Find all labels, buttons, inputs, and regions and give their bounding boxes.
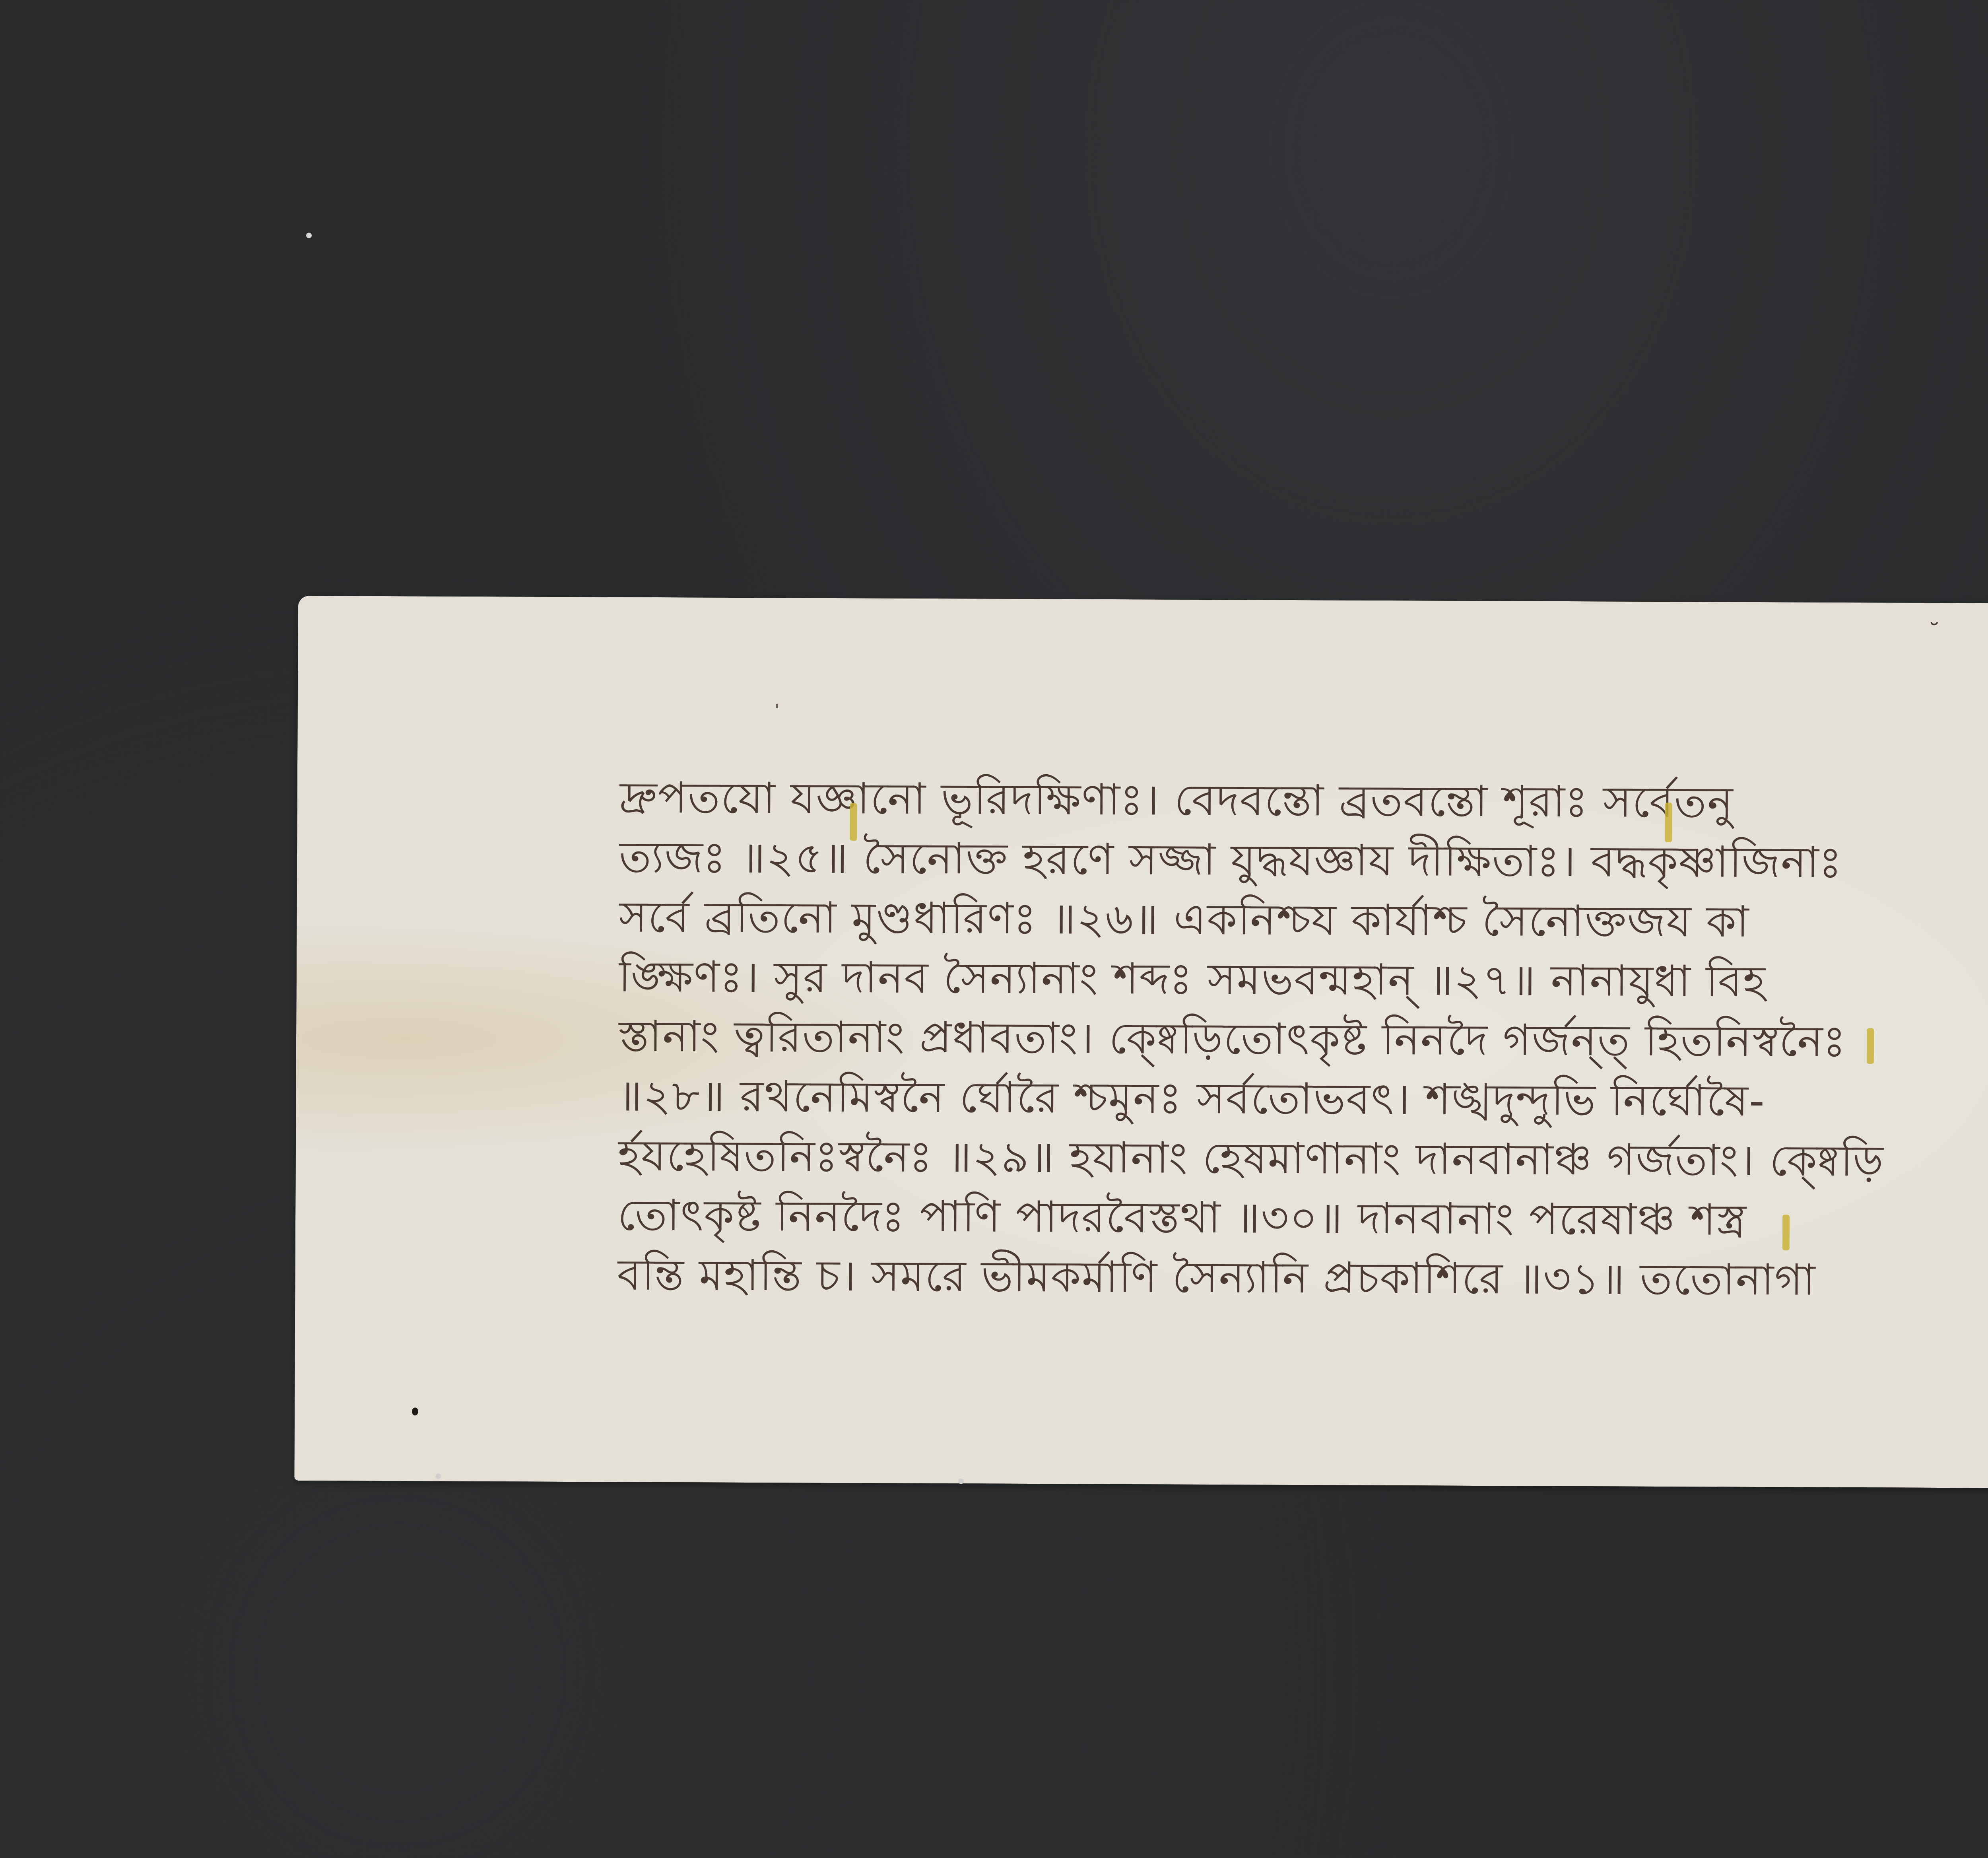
ink-blot: [412, 1407, 418, 1415]
backdrop-speck: [306, 233, 312, 238]
manuscript-line-5: স্তানাং ত্বরিতানাং প্রধাবতাং। ক্ষ্বেড়িত…: [618, 1007, 1988, 1073]
manuscript-leaf: দ্রুপতযো যজ্ঞানো ভূরিদক্ষিণাঃ। বেদবন্তো …: [294, 596, 1988, 1490]
yellow-correction-mark: [1665, 803, 1672, 842]
manuscript-line-2: ত্যজঃ ॥২৫॥ সৈনোক্ত হরণে সজ্জা যুদ্ধযজ্ঞা…: [619, 828, 1988, 894]
mounting-pin: [435, 1473, 441, 1479]
manuscript-line-6: ॥২৮॥ রথনেমিস্বনৈ র্ঘোরৈ শ্চমুনঃ সর্বতোভব…: [618, 1067, 1988, 1133]
manuscript-line-1: দ্রুপতযো যজ্ঞানো ভূরিদক্ষিণাঃ। বেদবন্তো …: [619, 768, 1988, 835]
margin-tick-mark: ': [775, 701, 779, 719]
margin-tick-mark: ˘: [1928, 619, 1940, 647]
yellow-correction-mark: [850, 803, 857, 841]
manuscript-line-4: ঙ্ক্ষিণঃ। সুর দানব সৈন্যানাং শব্দঃ সমভবন…: [618, 947, 1988, 1014]
manuscript-line-9: বন্তি মহান্তি চ। সমরে ভীমকর্মাণি সৈন্যান…: [617, 1246, 1988, 1312]
yellow-correction-mark: [1867, 1028, 1874, 1064]
manuscript-line-3: সর্বে ব্রতিনো মুণ্ডধারিণঃ ॥২৬॥ একনিশ্চয …: [619, 888, 1988, 954]
mounting-pin: [958, 1479, 964, 1484]
yellow-correction-mark: [1782, 1215, 1790, 1250]
manuscript-line-7: র্হযহেষিতনিঃস্বনৈঃ ॥২৯॥ হযানাং হেষমাণানা…: [617, 1126, 1988, 1193]
